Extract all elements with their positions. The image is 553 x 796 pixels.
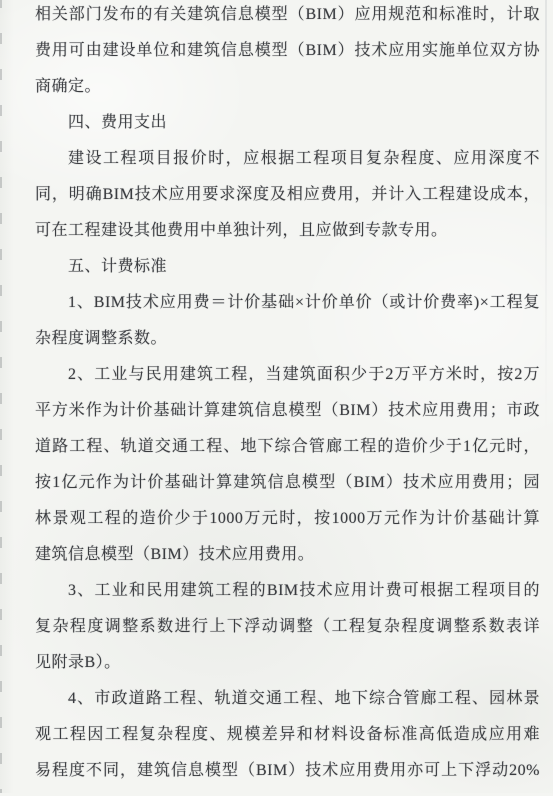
text-line: 杂程度调整系数。 xyxy=(35,321,540,357)
text-line: 费用可由建设单位和建筑信息模型（BIM）技术应用实施单位双方协 xyxy=(35,33,540,69)
text-line: 相关部门发布的有关建筑信息模型（BIM）应用规范和标准时，计取 xyxy=(35,0,540,33)
text-line: 1、BIM技术应用费＝计价基础×计价单价（或计价费率)×工程复 xyxy=(35,285,540,321)
text-line: 四、费用支出 xyxy=(35,105,540,141)
text-line: 见附录B）。 xyxy=(35,645,540,681)
text-line: 观工程因工程复杂程度、规模差异和材料设备标准高低造成应用难 xyxy=(35,717,540,753)
text-line: 3、工业和民用建筑工程的BIM技术应用计费可根据工程项目的 xyxy=(35,573,540,609)
document-text-block: 相关部门发布的有关建筑信息模型（BIM）应用规范和标准时，计取费用可由建设单位和… xyxy=(0,0,553,789)
text-line: 易程度不同，建筑信息模型（BIM）技术应用费用亦可上下浮动20% xyxy=(35,753,540,789)
text-line: 复杂程度调整系数进行上下浮动调整（工程复杂程度调整系数表详 xyxy=(35,609,540,645)
text-line: 道路工程、轨道交通工程、地下综合管廊工程的造价少于1亿元时， xyxy=(35,429,540,465)
text-line: 4、市政道路工程、轨道交通工程、地下综合管廊工程、园林景 xyxy=(35,681,540,717)
text-line: 按1亿元作为计价基础计算建筑信息模型（BIM）技术应用费用；园 xyxy=(35,465,540,501)
text-line: 同，明确BIM技术应用要求深度及相应费用，并计入工程建设成本， xyxy=(35,177,540,213)
text-line: 商确定。 xyxy=(35,69,540,105)
text-line: 林景观工程的造价少于1000万元时，按1000万元作为计价基础计算 xyxy=(35,501,540,537)
document-page: 相关部门发布的有关建筑信息模型（BIM）应用规范和标准时，计取费用可由建设单位和… xyxy=(0,0,553,793)
text-line: 建筑信息模型（BIM）技术应用费用。 xyxy=(35,537,540,573)
text-line: 平方米作为计价基础计算建筑信息模型（BIM）技术应用费用；市政 xyxy=(35,393,540,429)
text-line: 2、工业与民用建筑工程，当建筑面积少于2万平方米时，按2万 xyxy=(35,357,540,393)
text-line: 建设工程项目报价时，应根据工程项目复杂程度、应用深度不 xyxy=(35,141,540,177)
text-line: 五、计费标准 xyxy=(35,249,540,285)
text-line: 可在工程建设其他费用中单独计列，且应做到专款专用。 xyxy=(35,213,540,249)
